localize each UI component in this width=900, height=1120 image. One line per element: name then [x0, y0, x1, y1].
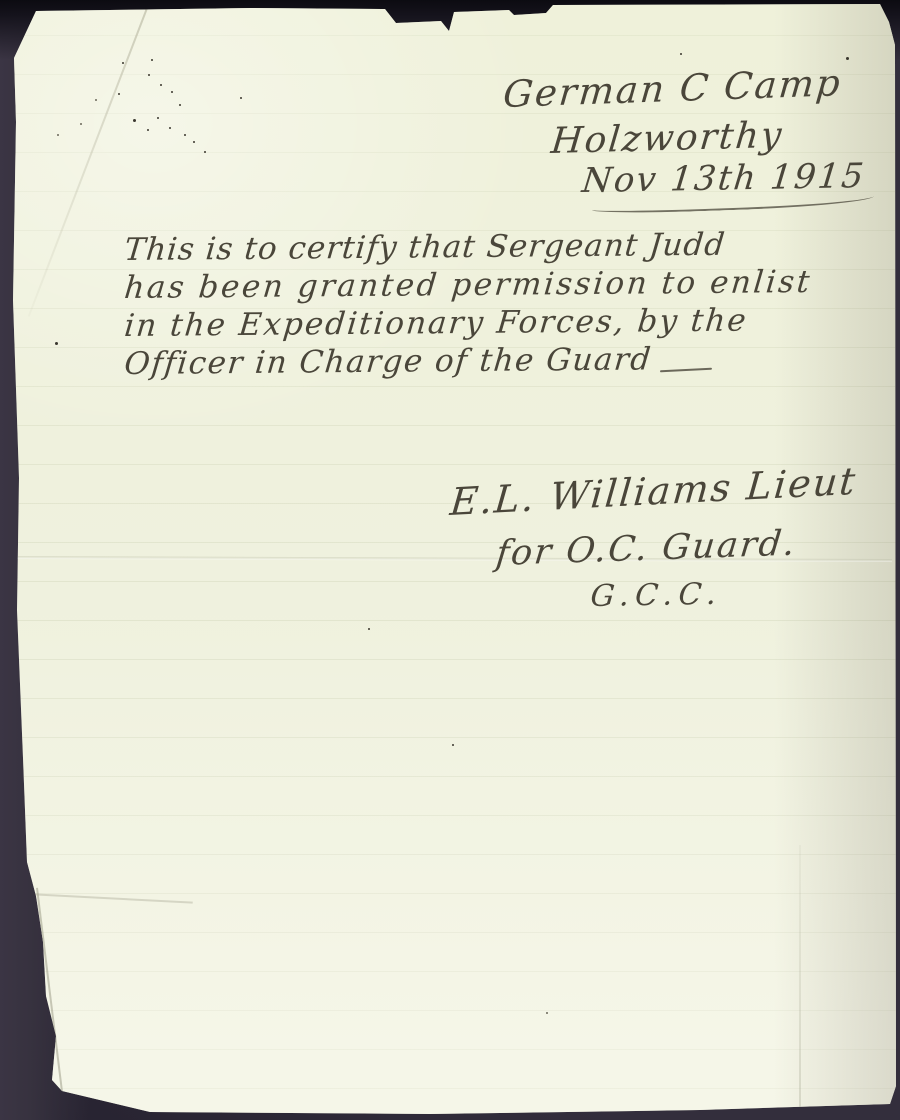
ink-speckle — [55, 342, 58, 345]
fold-crease-bottom-left-edge — [36, 888, 63, 1092]
signature-for-line: for O.C. Guard. — [494, 526, 798, 573]
ink-speckle — [147, 129, 149, 131]
ink-speckle — [151, 59, 153, 61]
ink-speckle — [122, 62, 124, 64]
letter-body-line-4: Officer in Charge of the Guard — [123, 343, 654, 380]
scanned-letter-page: German C Camp Holzworthy Nov 13th 1915 T… — [0, 0, 900, 1120]
ink-speckle — [148, 74, 150, 76]
ink-speckle — [80, 123, 82, 125]
signature-org: G.C.C. — [589, 579, 723, 613]
letter-body-line-2: has been granted permission to enlist — [123, 266, 813, 305]
ink-speckle — [184, 134, 186, 136]
letter-header-location: Holzworthy — [549, 117, 785, 161]
ink-speckle — [118, 93, 120, 95]
ink-speckle — [680, 53, 682, 55]
ink-speckle — [204, 151, 206, 153]
signature-name: E.L. Williams Lieut — [448, 462, 858, 523]
letter-body-line-1: This is to certify that Sergeant Judd — [123, 229, 727, 267]
ink-speckle — [368, 628, 370, 630]
ink-speckle — [160, 84, 162, 86]
ink-speckle — [546, 1012, 548, 1014]
ink-speckle — [157, 117, 159, 119]
fold-crease-bottom-left — [28, 893, 193, 904]
letter-body-line-3: in the Expeditionary Forces, by the — [123, 305, 749, 343]
ink-speckle — [452, 744, 454, 746]
ink-speckle — [179, 104, 181, 106]
ink-speckle — [193, 141, 195, 143]
ink-speckle — [57, 134, 59, 136]
ink-speckle — [95, 99, 97, 101]
ink-speckle — [169, 127, 171, 129]
fold-crease-vertical-bottom-right — [799, 845, 801, 1115]
ink-speckle — [846, 57, 849, 60]
letter-header-date: Nov 13th 1915 — [580, 159, 867, 200]
ink-speckle — [171, 91, 173, 93]
letter-header-camp: German C Camp — [502, 64, 844, 115]
ink-speckle — [133, 119, 136, 122]
letter-paper-sheet: German C Camp Holzworthy Nov 13th 1915 T… — [0, 0, 900, 1120]
ink-speckle — [240, 97, 242, 99]
pen-stroke-after-guard — [660, 368, 712, 373]
